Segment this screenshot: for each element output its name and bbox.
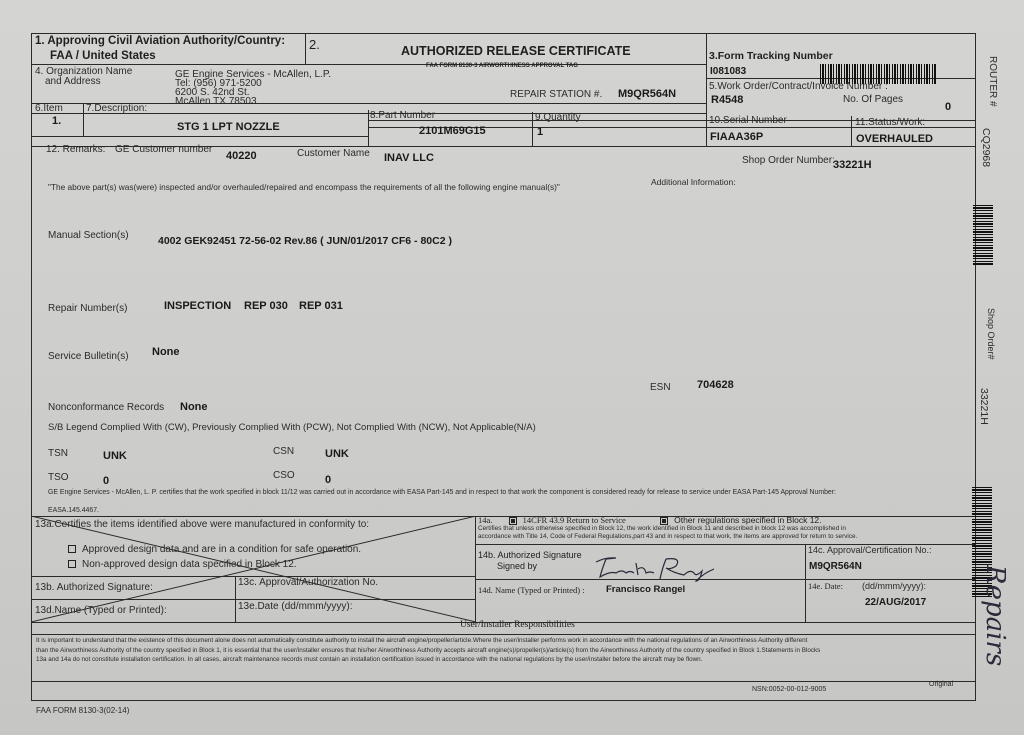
easa-approval-number: EASA.145.4467. — [48, 507, 99, 514]
block14b-signed-by: Signed by — [497, 561, 537, 571]
cso-label: CSO — [273, 470, 295, 481]
remarks-label: 12. Remarks: — [46, 144, 105, 155]
esn-label: ESN — [650, 382, 671, 393]
shop-order-value: 33221H — [833, 159, 872, 171]
repair-numbers-label: Repair Number(s) — [48, 303, 127, 314]
block2-label: 2. — [309, 37, 320, 52]
responsibilities-text: It is important to understand that the e… — [36, 636, 820, 665]
status-label: 11.Status/Work: — [855, 117, 925, 128]
nonconformance-value: None — [180, 401, 208, 413]
part-number-label: 8.Part Number — [370, 110, 435, 121]
block13b-label: 13b. Authorized Signature: — [35, 582, 153, 593]
repair-station-label: REPAIR STATION #. — [510, 89, 602, 100]
checkbox-14cfr-return-to-service[interactable] — [509, 517, 517, 525]
repair-number-2: REP 030 — [244, 300, 288, 312]
sb-legend: S/B Legend Complied With (CW), Previousl… — [48, 422, 536, 433]
block1-value: FAA / United States — [50, 50, 156, 62]
checkbox-other-regulations[interactable] — [660, 517, 668, 525]
handwritten-note: Repairs — [980, 565, 1010, 666]
customer-number-label: GE Customer number — [115, 144, 212, 155]
quantity-label: 9.Quantity — [535, 112, 581, 123]
block13a-option-approved: Approved design data and are in a condit… — [68, 544, 361, 555]
checkbox-non-approved-design[interactable] — [68, 560, 76, 568]
tso-value: 0 — [103, 475, 109, 487]
form-id-footer: FAA FORM 8130-3(02-14) — [36, 706, 129, 715]
service-bulletins-label: Service Bulletin(s) — [48, 351, 129, 362]
block14b-label: 14b. Authorized Signature — [478, 550, 582, 560]
tracking-number: I081083 — [710, 66, 746, 77]
block14a-row: 14a. 14CFR 43.9 Return to Service Other … — [478, 515, 822, 525]
serial-number-label: 10.Serial Number — [709, 115, 787, 126]
work-order-number: R4548 — [711, 94, 743, 106]
csn-label: CSN — [273, 446, 294, 457]
repair-number-3: REP 031 — [299, 300, 343, 312]
manual-label: Manual Section(s) — [48, 230, 129, 241]
serial-number-value: FIAAA36P — [710, 131, 763, 143]
additional-info-label: Additional Information: — [651, 177, 736, 187]
customer-name-value: INAV LLC — [384, 152, 434, 164]
block5-label: 5.Work Order/Contract/Invoice Number : — [709, 81, 888, 92]
shop-order-side-value: 33221H — [978, 388, 990, 425]
block4-label-2: and Address — [45, 76, 101, 87]
pages-value: 0 — [945, 101, 951, 113]
block13a-option-non-approved: Non-approved design data specified in Bl… — [68, 559, 297, 570]
block13a-label: 13a.Certifies the items identified above… — [35, 519, 369, 530]
responsibilities-title: User/Installer Responsibilities — [460, 620, 575, 630]
block14e-format: (dd/mmm/yyyy): — [862, 581, 926, 591]
form-title: AUTHORIZED RELEASE CERTIFICATE — [401, 44, 631, 58]
tsn-label: TSN — [48, 448, 68, 459]
block13d-label: 13d.Name (Typed or Printed): — [35, 605, 167, 616]
block13e-label: 13e.Date (dd/mmm/yyyy): — [238, 601, 352, 612]
manual-value: 4002 GEK92451 72-56-02 Rev.86 ( JUN/01/2… — [158, 235, 452, 247]
repair-number-1: INSPECTION — [164, 300, 231, 312]
description-label: 7.Description: — [86, 103, 147, 114]
pages-label: No. Of Pages — [843, 94, 903, 105]
part-number-value: 2101M69G15 — [419, 125, 486, 137]
document-page: 1. Approving Civil Aviation Authority/Co… — [0, 0, 1024, 735]
organization-address: GE Engine Services - McAllen, L.P. Tel: … — [175, 70, 331, 106]
nsn-number: NSN:0052-00-012-9005 — [752, 686, 826, 693]
router-barcode — [973, 205, 993, 265]
easa-statement: GE Engine Services - McAllen, L. P. cert… — [48, 489, 836, 496]
block13c-label: 13c. Approval/Authorization No. — [238, 577, 378, 588]
tsn-value: UNK — [103, 450, 127, 462]
customer-number-value: 40220 — [226, 150, 257, 162]
shop-order-label: Shop Order Number: — [742, 155, 835, 166]
block14e-label: 14e. Date: — [808, 581, 843, 591]
status-value: OVERHAULED — [856, 133, 933, 145]
block14a-certify-2: accordance with Title 14, Code of Federa… — [478, 533, 857, 540]
item-value: 1. — [52, 115, 61, 127]
customer-name-label: Customer Name — [297, 148, 370, 159]
router-value: CQ2968 — [980, 128, 992, 167]
authorized-signature — [592, 553, 722, 583]
checkbox-approved-design[interactable] — [68, 545, 76, 553]
quantity-value: 1 — [537, 126, 543, 138]
release-date: 22/AUG/2017 — [865, 597, 926, 608]
copy-type: Original — [929, 681, 953, 688]
block14c-label: 14c. Approval/Certification No.: — [808, 545, 932, 555]
form-subtitle: FAA FORM 8130-3 AIRWORTHINESS APPROVAL T… — [426, 63, 578, 69]
esn-value: 704628 — [697, 379, 734, 391]
shop-order-side-label: Shop Order# — [986, 308, 996, 360]
approval-certification-number: M9QR564N — [809, 561, 862, 572]
tso-label: TSO — [48, 472, 69, 483]
inspection-statement: "The above part(s) was(were) inspected a… — [48, 182, 560, 192]
cso-value: 0 — [325, 474, 331, 486]
block3-label: 3.Form Tracking Number — [709, 50, 833, 62]
signer-name: Francisco Rangel — [606, 584, 685, 595]
csn-value: UNK — [325, 448, 349, 460]
nonconformance-label: Nonconformance Records — [48, 402, 164, 413]
item-label: 6.Item — [35, 103, 63, 114]
block14d-label: 14d. Name (Typed or Printed) : — [478, 585, 585, 595]
description-value: STG 1 LPT NOZZLE — [177, 121, 280, 133]
block14a-certify-1: Certifies that unless otherwise specifie… — [478, 525, 846, 532]
block1-label: 1. Approving Civil Aviation Authority/Co… — [35, 35, 285, 47]
repair-station-number: M9QR564N — [618, 88, 676, 100]
service-bulletins-value: None — [152, 346, 180, 358]
router-label: ROUTER # — [987, 56, 998, 107]
